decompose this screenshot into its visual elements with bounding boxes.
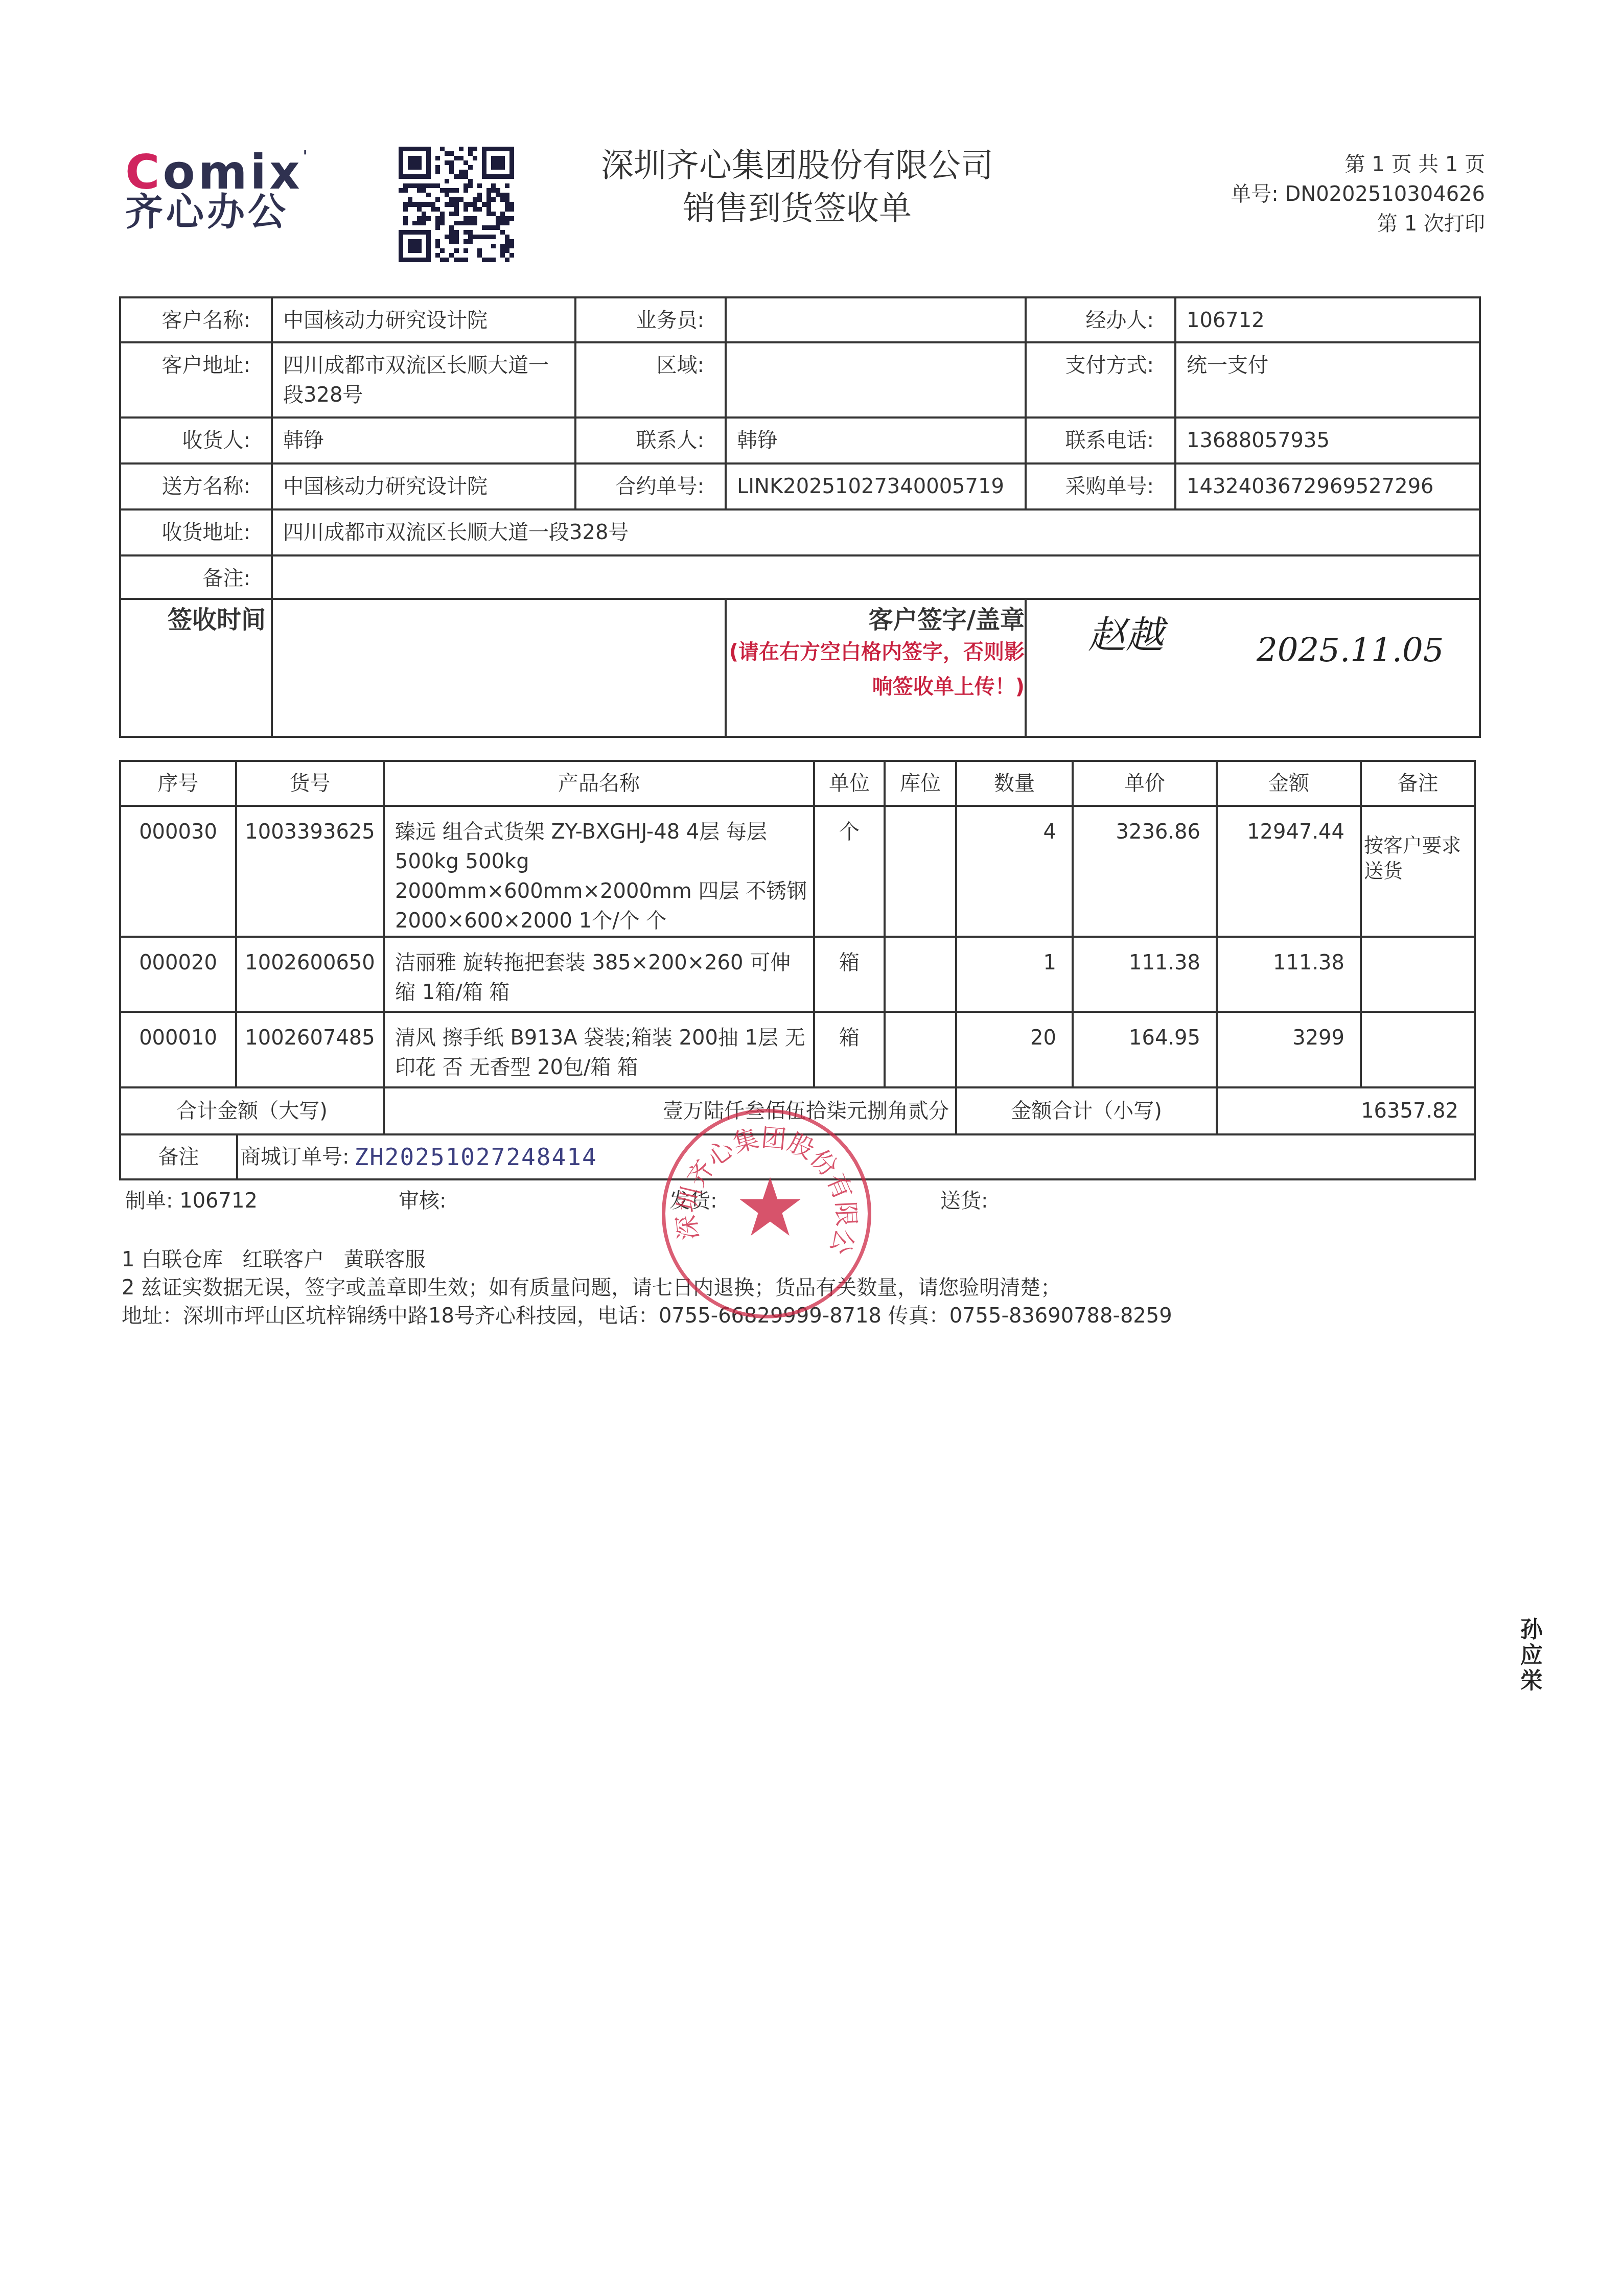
col-header-name: 产品名称 <box>384 761 814 806</box>
audit-label: 审核: <box>399 1191 446 1211</box>
row-amount: 3299 <box>1217 1012 1361 1087</box>
customer-name-label: 客户名称: <box>120 297 272 342</box>
mall-order-remark-label: 备注 <box>121 1135 238 1178</box>
row-seq: 000010 <box>120 1012 236 1087</box>
contract-number: LINK20251027340005719 <box>726 463 1026 509</box>
company-name: 深圳齐心集团股份有限公司 <box>542 149 1053 182</box>
contact-label: 联系人: <box>575 418 726 463</box>
delivery-address: 四川成都市双流区长顺大道一段328号 <box>272 509 1480 555</box>
salesperson <box>726 297 1026 342</box>
total-upper-label: 合计金额（大写) <box>120 1087 384 1134</box>
payment-method: 统一支付 <box>1175 342 1480 418</box>
print-count: 第 1 次打印 <box>1377 214 1485 234</box>
salesperson-label: 业务员: <box>575 297 726 342</box>
row-unit: 个 <box>814 806 885 937</box>
row-amount: 12947.44 <box>1217 806 1361 937</box>
handwritten-date: 2025.11.05 <box>1257 636 1444 665</box>
col-header-price: 单价 <box>1073 761 1217 806</box>
row-unit: 箱 <box>814 937 885 1012</box>
row-sku: 1002600650 <box>236 937 384 1012</box>
customer-address-label: 客户地址: <box>120 342 272 418</box>
row-unit: 箱 <box>814 1012 885 1087</box>
row-product-name: 清风 擦手纸 B913A 袋装;箱装 200抽 1层 无印花 否 无香型 20包… <box>384 1012 814 1087</box>
row-note: 按客户要求送货 孙应栄 <box>1361 806 1475 937</box>
contact: 韩铮 <box>726 418 1026 463</box>
customer-sign-label: 客户签字/盖章 <box>727 600 1025 635</box>
col-header-unit: 单位 <box>814 761 885 806</box>
customer-address: 四川成都市双流区长顺大道一段328号 <box>272 342 575 418</box>
col-header-location: 库位 <box>885 761 956 806</box>
col-header-qty: 数量 <box>956 761 1073 806</box>
consignee-label: 收货人: <box>120 418 272 463</box>
sign-instruction: (请在右方空白格内签字，否则影响签收单上传！) <box>727 635 1025 704</box>
row-note-handwritten: 孙应栄 <box>1520 1617 1543 1694</box>
handler: 106712 <box>1175 297 1480 342</box>
row-qty: 20 <box>956 1012 1073 1087</box>
payment-label: 支付方式: <box>1026 342 1175 418</box>
order-number-value: DN0202510304626 <box>1285 182 1485 206</box>
table-row: 000010 1002607485 清风 擦手纸 B913A 袋装;箱装 200… <box>120 1012 1475 1087</box>
col-header-seq: 序号 <box>120 761 236 806</box>
brand-logo: Comix' <box>125 149 311 196</box>
order-number-label: 单号: <box>1231 182 1278 206</box>
mall-order-label: 商城订单号: <box>238 1142 349 1172</box>
row-amount: 111.38 <box>1217 937 1361 1012</box>
row-note-text: 按客户要求送货 <box>1364 832 1466 884</box>
sign-time-field[interactable] <box>272 599 726 737</box>
region <box>726 342 1026 418</box>
row-price: 111.38 <box>1073 937 1217 1012</box>
handler-label: 经办人: <box>1026 297 1175 342</box>
customer-sign-cell: 客户签字/盖章 (请在右方空白格内签字，否则影响签收单上传！) <box>726 599 1026 737</box>
row-product-name: 臻远 组合式货架 ZY-BXGHJ-48 4层 每层500kg 500kg 20… <box>384 806 814 937</box>
row-seq: 000020 <box>120 937 236 1012</box>
handwritten-signature: 赵越 <box>1088 620 1164 650</box>
table-header-row: 序号 货号 产品名称 单位 库位 数量 单价 金额 备注 <box>120 761 1475 806</box>
table-row: 000030 1003393625 臻远 组合式货架 ZY-BXGHJ-48 4… <box>120 806 1475 937</box>
ship-to: 中国核动力研究设计院 <box>272 463 575 509</box>
row-note <box>1361 1012 1475 1087</box>
delivery-address-label: 收货地址: <box>120 509 272 555</box>
row-price: 3236.86 <box>1073 806 1217 937</box>
phone-label: 联系电话: <box>1026 418 1175 463</box>
col-header-note: 备注 <box>1361 761 1475 806</box>
row-qty: 4 <box>956 806 1073 937</box>
row-location <box>885 1012 956 1087</box>
po-number: 1432403672969527296 <box>1175 463 1480 509</box>
remarks-label: 备注: <box>120 555 272 599</box>
signature-field[interactable]: 赵越 2025.11.05 <box>1026 599 1480 737</box>
deliver-label: 送货: <box>940 1191 988 1211</box>
ship-to-label: 送方名称: <box>120 463 272 509</box>
sign-time-label: 签收时间 <box>120 599 272 737</box>
col-header-amount: 金额 <box>1217 761 1361 806</box>
row-product-name: 洁丽雅 旋转拖把套装 385×200×260 可伸缩 1箱/箱 箱 <box>384 937 814 1012</box>
row-note <box>1361 937 1475 1012</box>
row-location <box>885 806 956 937</box>
total-lower-label: 金额合计（小写) <box>956 1087 1217 1134</box>
row-qty: 1 <box>956 937 1073 1012</box>
company-seal-stamp: 深圳齐心集团股份有限公司 发货专用章 <box>662 1109 871 1318</box>
remarks <box>272 555 1480 599</box>
maker-label: 制单: <box>125 1189 173 1213</box>
row-price: 164.95 <box>1073 1012 1217 1087</box>
company-address: 地址：深圳市坪山区坑梓锦绣中路18号齐心科技园，电话：0755-66829999… <box>122 1306 1172 1326</box>
region-label: 区域: <box>575 342 726 418</box>
row-sku: 1002607485 <box>236 1012 384 1087</box>
star-icon <box>737 1174 803 1240</box>
customer-info-table: 客户名称: 中国核动力研究设计院 业务员: 经办人: 106712 客户地址: … <box>119 296 1481 738</box>
table-row: 000020 1002600650 洁丽雅 旋转拖把套装 385×200×260… <box>120 937 1475 1012</box>
row-location <box>885 937 956 1012</box>
brand-logo-cn: 齐心办公 <box>125 193 289 231</box>
qr-code-icon <box>399 146 514 263</box>
page-info: 第 1 页 共 1 页 <box>1345 154 1485 175</box>
row-seq: 000030 <box>120 806 236 937</box>
order-number: 单号: DN0202510304626 <box>1231 184 1485 204</box>
terms-note: 2 兹证实数据无误，签字或盖章即生效；如有质量问题，请七日内退换；货品有关数量，… <box>122 1278 1061 1298</box>
maker-value: 106712 <box>179 1189 258 1213</box>
phone: 13688057935 <box>1175 418 1480 463</box>
mall-order-number: ZH20251027248414 <box>349 1142 597 1172</box>
contract-label: 合约单号: <box>575 463 726 509</box>
copy-note: 1 白联仓库 红联客户 黄联客服 <box>122 1249 425 1270</box>
document-title: 销售到货签收单 <box>542 192 1053 225</box>
customer-name: 中国核动力研究设计院 <box>272 297 575 342</box>
total-lower-value: 16357.82 <box>1217 1087 1475 1134</box>
col-header-sku: 货号 <box>236 761 384 806</box>
maker: 制单: 106712 <box>125 1191 258 1211</box>
po-label: 采购单号: <box>1026 463 1175 509</box>
row-sku: 1003393625 <box>236 806 384 937</box>
consignee: 韩铮 <box>272 418 575 463</box>
